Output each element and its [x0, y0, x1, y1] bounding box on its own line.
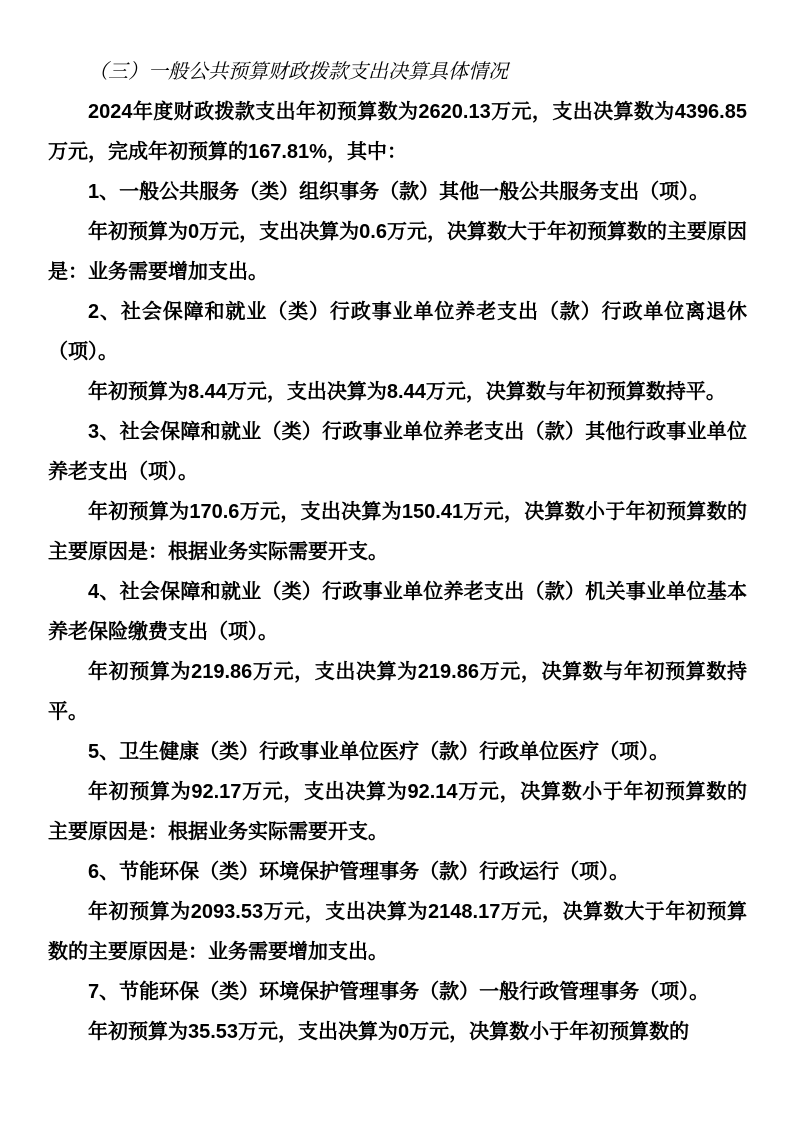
paragraph-item-2-title: 2、社会保障和就业（类）行政事业单位养老支出（款）行政单位离退休（项）。 — [48, 292, 747, 372]
paragraph-item-3-title: 3、社会保障和就业（类）行政事业单位养老支出（款）其他行政事业单位养老支出（项）… — [48, 412, 747, 492]
paragraph-item-7-detail: 年初预算为35.53万元，支出决算为0万元，决算数小于年初预算数的 — [48, 1012, 747, 1052]
paragraph-summary: 2024年度财政拨款支出年初预算数为2620.13万元，支出决算数为4396.8… — [48, 92, 747, 172]
paragraph-item-7-title: 7、节能环保（类）环境保护管理事务（款）一般行政管理事务（项）。 — [48, 972, 747, 1012]
paragraph-item-6-title: 6、节能环保（类）环境保护管理事务（款）行政运行（项）。 — [48, 852, 747, 892]
paragraph-item-5-title: 5、卫生健康（类）行政事业单位医疗（款）行政单位医疗（项）。 — [48, 732, 747, 772]
paragraph-item-1-title: 1、一般公共服务（类）组织事务（款）其他一般公共服务支出（项）。 — [48, 172, 747, 212]
paragraph-item-4-detail: 年初预算为219.86万元，支出决算为219.86万元，决算数与年初预算数持平。 — [48, 652, 747, 732]
document-page: （三）一般公共预算财政拨款支出决算具体情况 2024年度财政拨款支出年初预算数为… — [0, 0, 793, 1122]
paragraph-item-2-detail: 年初预算为8.44万元，支出决算为8.44万元，决算数与年初预算数持平。 — [48, 372, 747, 412]
paragraph-item-3-detail: 年初预算为170.6万元，支出决算为150.41万元，决算数小于年初预算数的主要… — [48, 492, 747, 572]
paragraph-item-6-detail: 年初预算为2093.53万元，支出决算为2148.17万元，决算数大于年初预算数… — [48, 892, 747, 972]
paragraph-item-1-detail: 年初预算为0万元，支出决算为0.6万元，决算数大于年初预算数的主要原因是：业务需… — [48, 212, 747, 292]
paragraph-item-4-title: 4、社会保障和就业（类）行政事业单位养老支出（款）机关事业单位基本养老保险缴费支… — [48, 572, 747, 652]
section-heading: （三）一般公共预算财政拨款支出决算具体情况 — [48, 52, 747, 92]
paragraph-item-5-detail: 年初预算为92.17万元，支出决算为92.14万元，决算数小于年初预算数的主要原… — [48, 772, 747, 852]
